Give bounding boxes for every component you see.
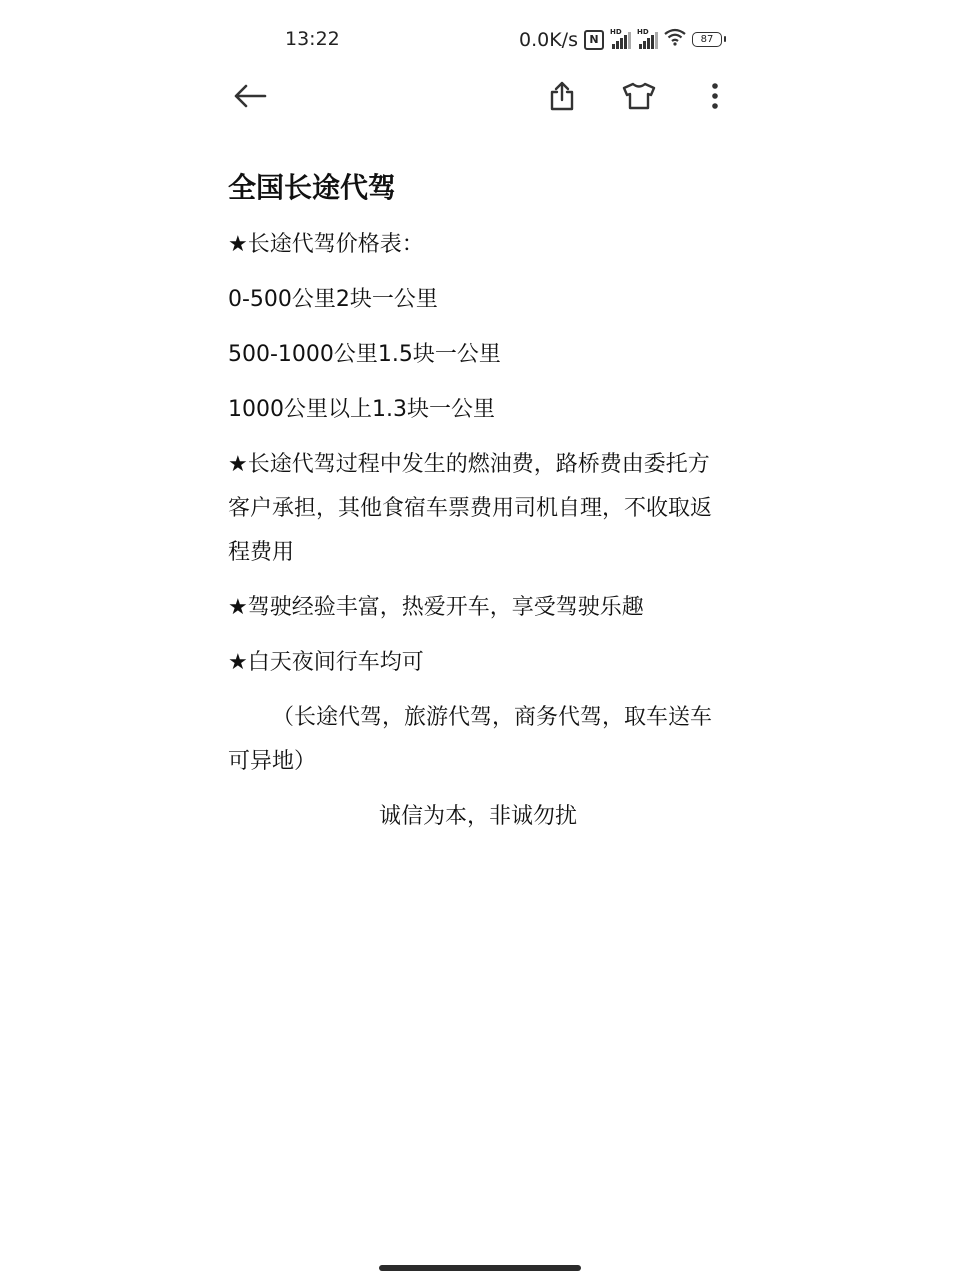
toolbar <box>0 70 960 122</box>
price-heading: ★长途代驾价格表： <box>228 223 728 267</box>
signal-icon-2: HD <box>637 31 658 49</box>
note-content[interactable]: 全国长途代驾 ★长途代驾价格表： 0-500公里2块一公里 500-1000公里… <box>228 165 728 850</box>
price-tier-3: 1000公里以上1.3块一公里 <box>228 388 728 432</box>
more-vertical-icon <box>711 82 719 110</box>
more-button[interactable] <box>695 76 735 116</box>
closing-line: 诚信为本，非诚勿扰 <box>228 795 728 839</box>
status-icons: 0.0K/s N HD HD 87 <box>519 28 722 51</box>
arrow-left-icon <box>233 84 267 108</box>
experience-note: ★驾驶经验丰富，热爱开车，享受驾驶乐趣 <box>228 586 728 630</box>
back-button[interactable] <box>230 76 270 116</box>
share-icon <box>548 81 576 111</box>
hd-label-2: HD <box>637 28 649 36</box>
share-button[interactable] <box>542 76 582 116</box>
availability-note: ★白天夜间行车均可 <box>228 641 728 685</box>
note-title: 全国长途代驾 <box>228 165 728 211</box>
status-bar: 13:22 0.0K/s N HD HD 87 <box>0 26 960 56</box>
services-note: （长途代驾，旅游代驾，商务代驾，取车送车可异地） <box>228 696 728 784</box>
network-speed: 0.0K/s <box>519 29 578 51</box>
home-indicator[interactable] <box>379 1265 581 1271</box>
fee-terms: ★长途代驾过程中发生的燃油费，路桥费由委托方客户承担，其他食宿车票费用司机自理，… <box>228 443 728 575</box>
clock: 13:22 <box>285 28 340 50</box>
nfc-icon: N <box>584 30 604 50</box>
wifi-icon <box>664 28 686 51</box>
hd-label: HD <box>610 28 622 36</box>
price-tier-1: 0-500公里2块一公里 <box>228 278 728 322</box>
battery-icon: 87 <box>692 32 722 47</box>
theme-button[interactable] <box>619 76 659 116</box>
signal-icon: HD <box>610 31 631 49</box>
price-tier-2: 500-1000公里1.5块一公里 <box>228 333 728 377</box>
tshirt-icon <box>622 82 656 110</box>
